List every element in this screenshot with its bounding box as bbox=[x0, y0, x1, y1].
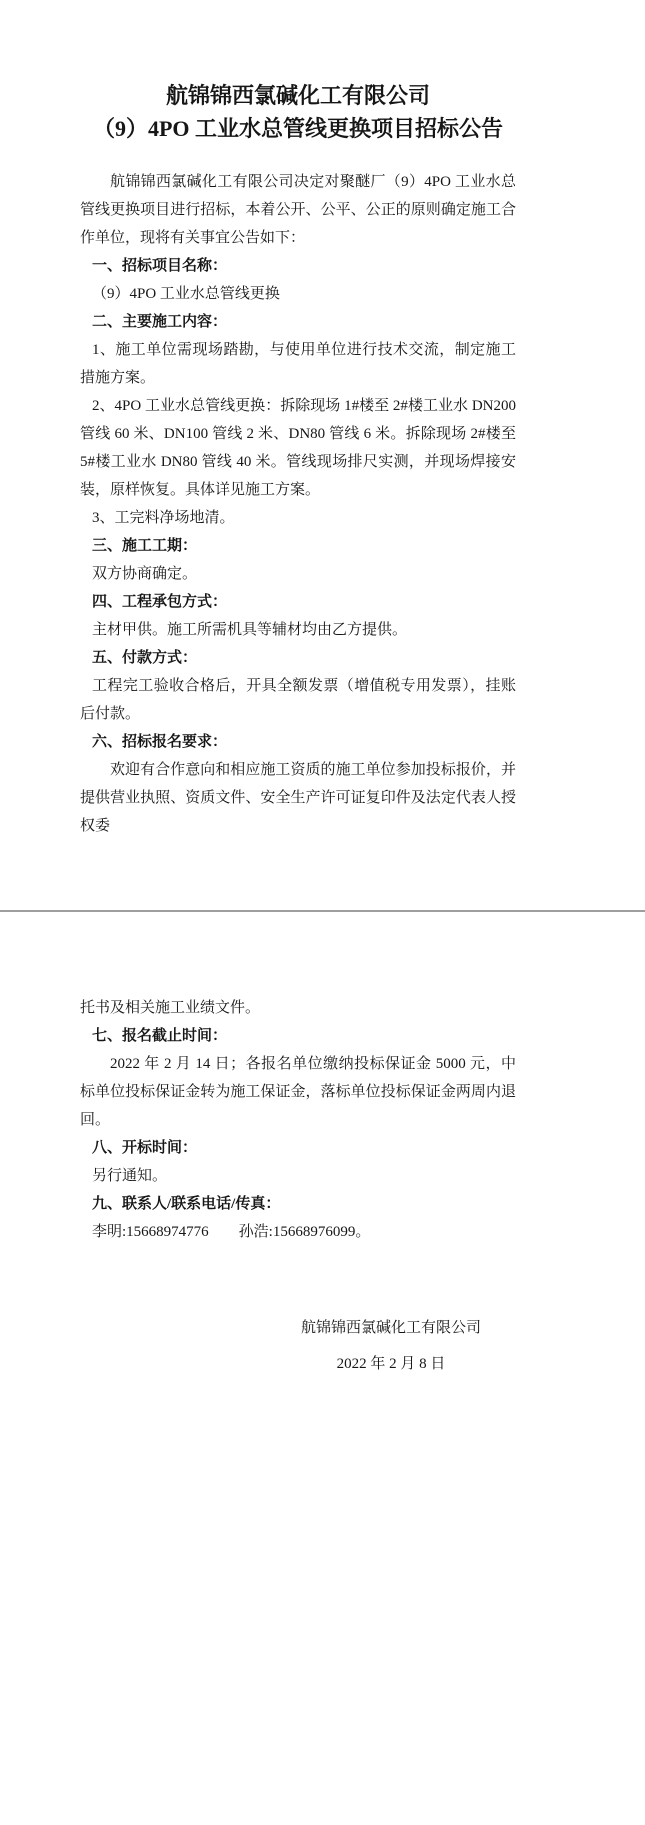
section-heading-7: 七、报名截止时间： bbox=[80, 1022, 516, 1050]
section-2-paragraph-2: 2、4PO 工业水总管线更换：拆除现场 1#楼至 2#楼工业水 DN200 管线… bbox=[80, 392, 516, 504]
document-title-line2: （9）4PO 工业水总管线更换项目招标公告 bbox=[80, 112, 516, 146]
section-1-paragraph: （9）4PO 工业水总管线更换 bbox=[80, 280, 516, 308]
section-2-paragraph-3: 3、工完料净场地清。 bbox=[80, 504, 516, 532]
signature-date: 2022 年 2 月 8 日 bbox=[266, 1350, 516, 1378]
intro-paragraph: 航锦锦西氯碱化工有限公司决定对聚醚厂（9）4PO 工业水总管线更换项目进行招标，… bbox=[80, 168, 516, 252]
document-page: { "meta": { "background_color": "#ffffff… bbox=[0, 0, 645, 1825]
section-5-paragraph: 工程完工验收合格后，开具全额发票（增值税专用发票），挂账后付款。 bbox=[80, 672, 516, 728]
section-heading-9: 九、联系人/联系电话/传真： bbox=[80, 1190, 516, 1218]
section-heading-2: 二、主要施工内容： bbox=[80, 308, 516, 336]
section-heading-4: 四、工程承包方式： bbox=[80, 588, 516, 616]
section-7-paragraph: 2022 年 2 月 14 日；各报名单位缴纳投标保证金 5000 元，中标单位… bbox=[80, 1050, 516, 1134]
signature-inner: 航锦锦西氯碱化工有限公司 2022 年 2 月 8 日 bbox=[266, 1314, 516, 1378]
signature-company: 航锦锦西氯碱化工有限公司 bbox=[266, 1314, 516, 1342]
signature-block: 航锦锦西氯碱化工有限公司 2022 年 2 月 8 日 bbox=[80, 1314, 516, 1378]
page2-content: 托书及相关施工业绩文件。 七、报名截止时间： 2022 年 2 月 14 日；各… bbox=[80, 994, 516, 1378]
section-heading-5: 五、付款方式： bbox=[80, 644, 516, 672]
document-title-line1: 航锦锦西氯碱化工有限公司 bbox=[80, 80, 516, 112]
section-6-paragraph: 欢迎有合作意向和相应施工资质的施工单位参加投标报价，并提供营业执照、资质文件、安… bbox=[80, 756, 516, 840]
section-4-paragraph: 主材甲供。施工所需机具等辅材均由乙方提供。 bbox=[80, 616, 516, 644]
section-heading-6: 六、招标报名要求： bbox=[80, 728, 516, 756]
section-8-paragraph: 另行通知。 bbox=[80, 1162, 516, 1190]
section-2-paragraph-1: 1、施工单位需现场踏勘，与使用单位进行技术交流，制定施工措施方案。 bbox=[80, 336, 516, 392]
page1-content: 航锦锦西氯碱化工有限公司 （9）4PO 工业水总管线更换项目招标公告 航锦锦西氯… bbox=[80, 80, 516, 840]
section-heading-8: 八、开标时间： bbox=[80, 1134, 516, 1162]
carryover-paragraph: 托书及相关施工业绩文件。 bbox=[80, 994, 516, 1022]
page-break-divider bbox=[0, 910, 645, 912]
section-3-paragraph: 双方协商确定。 bbox=[80, 560, 516, 588]
section-9-paragraph: 李明:15668974776 孙浩:15668976099。 bbox=[80, 1218, 516, 1246]
section-heading-3: 三、施工工期： bbox=[80, 532, 516, 560]
section-heading-1: 一、招标项目名称： bbox=[80, 252, 516, 280]
